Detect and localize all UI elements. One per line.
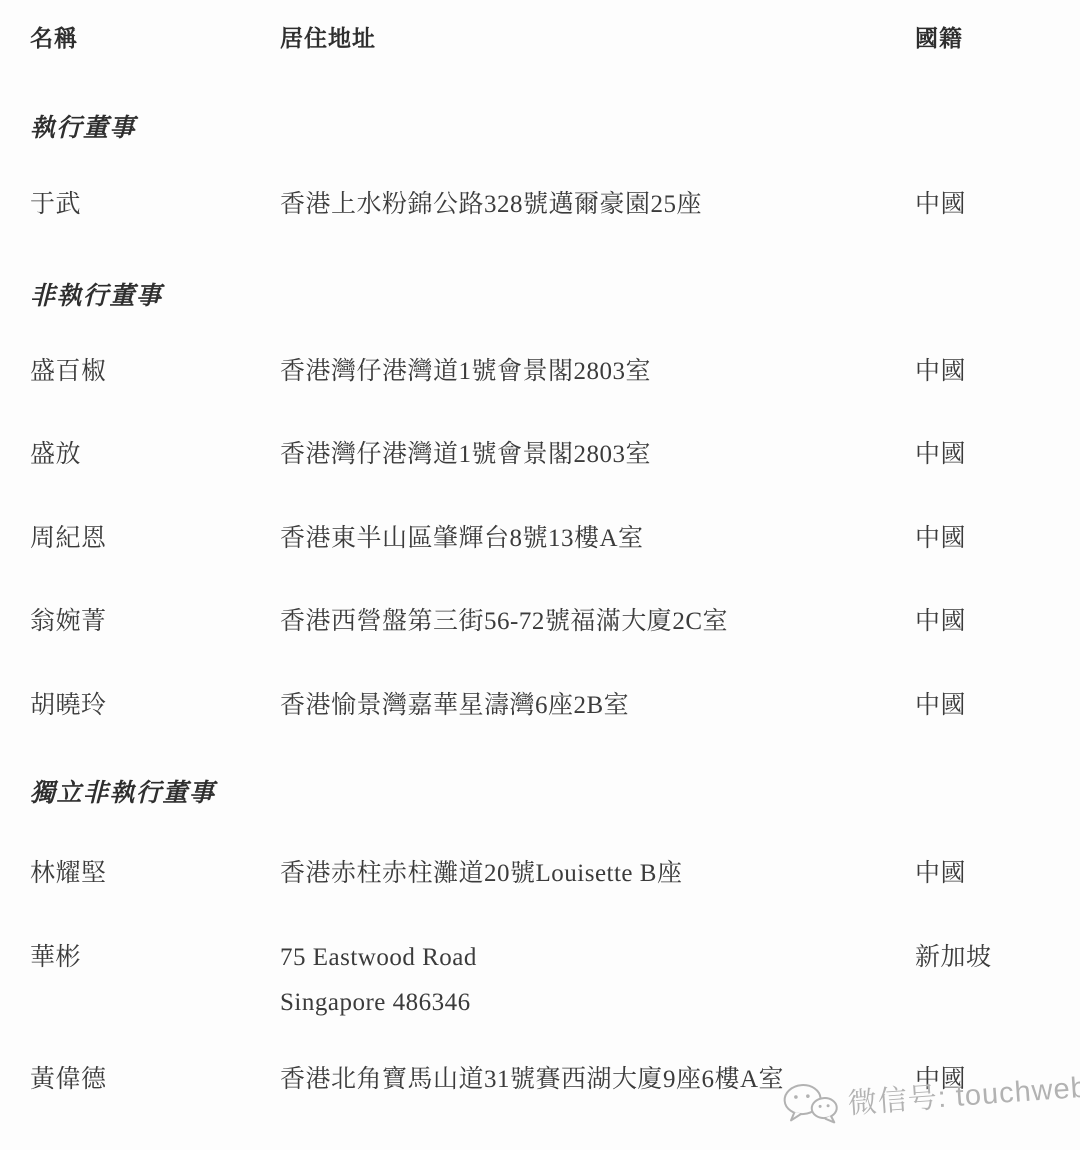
director-address: 75 Eastwood Road Singapore 486346	[280, 944, 477, 1016]
director-name: 黃偉德	[30, 1066, 107, 1094]
director-address: 香港北角寶馬山道31號賽西湖大廈9座6樓A室	[280, 1066, 784, 1094]
director-nationality: 中國	[915, 860, 966, 888]
director-nationality: 中國	[915, 441, 966, 469]
director-name: 盛放	[30, 441, 81, 469]
column-header-nationality: 國籍	[915, 26, 963, 51]
director-address: 香港愉景灣嘉華星濤灣6座2B室	[280, 692, 629, 720]
wechat-icon	[780, 1078, 841, 1130]
document-page: 名稱 居住地址 國籍 執行董事 于武 香港上水粉錦公路328號邁爾豪園25座 中…	[0, 0, 1080, 1150]
director-name: 盛百椒	[30, 358, 107, 386]
director-nationality: 中國	[915, 358, 966, 386]
director-name: 華彬	[30, 944, 81, 972]
section-title-independent-non-executive-directors: 獨立非執行董事	[30, 773, 216, 809]
address-line: Singapore 486346	[280, 989, 477, 1017]
director-address: 香港灣仔港灣道1號會景閣2803室	[280, 358, 651, 386]
director-nationality: 中國	[915, 191, 966, 219]
director-address: 香港上水粉錦公路328號邁爾豪園25座	[280, 191, 702, 219]
watermark: 微信号: touchweb	[780, 1061, 1080, 1130]
director-name: 周紀恩	[30, 525, 107, 553]
director-nationality: 新加坡	[915, 944, 992, 972]
column-header-address: 居住地址	[280, 26, 376, 51]
director-address: 香港灣仔港灣道1號會景閣2803室	[280, 441, 651, 469]
address-line: 75 Eastwood Road	[280, 944, 477, 972]
director-name: 于武	[30, 191, 81, 219]
section-title-non-executive-directors: 非執行董事	[30, 276, 163, 312]
director-address: 香港西營盤第三街56-72號福滿大廈2C室	[280, 608, 728, 636]
column-header-name: 名稱	[30, 26, 78, 51]
director-nationality: 中國	[915, 525, 966, 553]
director-name: 胡曉玲	[30, 692, 107, 720]
director-name: 林耀堅	[30, 860, 107, 888]
watermark-text: 微信号: touchweb	[846, 1064, 1080, 1122]
section-title-executive-directors: 執行董事	[30, 108, 136, 144]
director-address: 香港赤柱赤柱灘道20號Louisette B座	[280, 860, 682, 888]
director-name: 翁婉菁	[30, 608, 107, 636]
director-address: 香港東半山區肇輝台8號13樓A室	[280, 525, 644, 553]
director-nationality: 中國	[915, 608, 966, 636]
director-nationality: 中國	[915, 692, 966, 720]
